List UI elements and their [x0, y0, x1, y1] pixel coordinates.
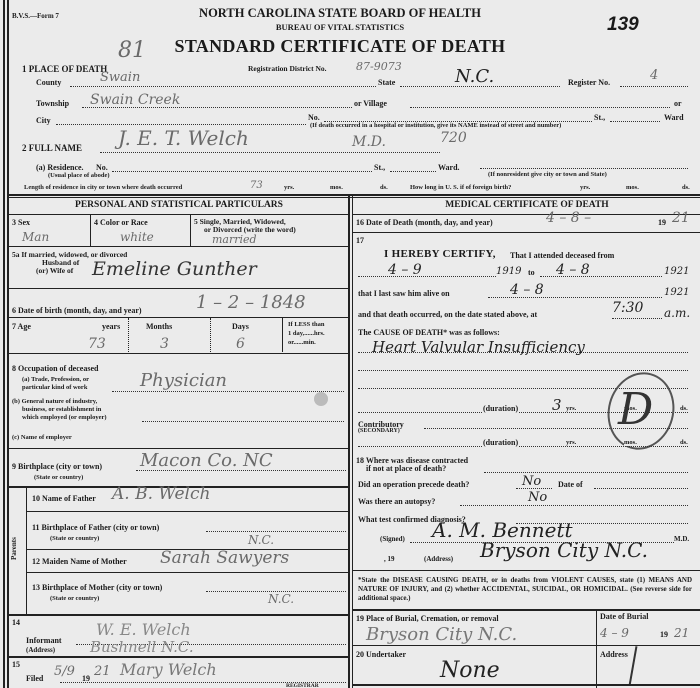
- spouse-label-3: (or) Wife of: [36, 266, 73, 275]
- cause-label: The CAUSE OF DEATH* was as follows:: [358, 328, 500, 337]
- full-name-suffix: M.D.: [352, 134, 386, 150]
- footnote: *State the DISEASE CAUSING DEATH, or in …: [358, 576, 692, 603]
- less-label-1: If LESS than: [288, 321, 325, 328]
- age-months-label: Months: [146, 322, 172, 331]
- death-time-value: 7:30: [612, 300, 643, 316]
- less-label-3: or......min.: [288, 339, 316, 346]
- mother-birthplace-value: N.C.: [268, 592, 294, 606]
- mother-birthplace-state-label: (State or country): [50, 595, 99, 602]
- duration-years: 3: [552, 396, 562, 414]
- autopsy-value: No: [528, 490, 547, 505]
- foreign-birth-label: How long in U. S. if of foreign birth?: [410, 184, 511, 191]
- residence-ward-label: Ward.: [438, 163, 460, 172]
- birthplace-value: Macon Co. NC: [140, 450, 273, 471]
- attended-to: 4 – 8: [556, 262, 590, 278]
- city-ward-label: Ward: [664, 113, 684, 122]
- register-no-value: 4: [650, 68, 658, 83]
- burial-year-prefix: 19: [660, 630, 668, 639]
- informant-label: Informant: [26, 636, 62, 645]
- registration-district-label: Registration District No.: [248, 64, 327, 73]
- dod-label: 16 Date of Death (month, day, and year): [356, 218, 493, 227]
- item-18-label-2: if not at place of death?: [366, 464, 446, 473]
- occ-a-label-1: (a) Trade, Profession, or: [22, 376, 89, 383]
- certify-heading: I HEREBY CERTIFY,: [384, 248, 496, 260]
- death-certificate: B.V.S.—Form 7 NORTH CAROLINA STATE BOARD…: [0, 0, 700, 688]
- hospital-note: (If death occurred in a hospital or inst…: [310, 122, 561, 129]
- address-value: Bryson City N.C.: [480, 538, 648, 562]
- informant-number: 14: [12, 618, 20, 627]
- death-time-label: and that death occurred, on the date sta…: [358, 310, 537, 319]
- margin-note: 81: [118, 38, 146, 63]
- informant-value: W. E. Welch: [96, 620, 191, 639]
- color-value: white: [120, 230, 154, 244]
- address-label: (Address): [424, 555, 453, 563]
- divider: [8, 194, 700, 196]
- county-value: Swain: [100, 70, 140, 85]
- residence-no-label: No.: [96, 163, 108, 172]
- occ-c-label: (c) Name of employer: [12, 434, 72, 441]
- father-birthplace-label: 11 Birthplace of Father (city or town): [32, 523, 159, 532]
- sex-value: Man: [22, 230, 49, 244]
- parents-label: Parents: [10, 537, 18, 560]
- operation-label: Did an operation precede death?: [358, 480, 469, 489]
- father-birthplace-state-label: (State or country): [50, 535, 99, 542]
- duration-label: (duration): [482, 404, 519, 413]
- last-saw-label: that I last saw him alive on: [358, 289, 450, 298]
- age-months-value: 3: [160, 336, 169, 352]
- filed-year: 21: [94, 664, 111, 679]
- mother-value: Sarah Sawyers: [160, 548, 289, 568]
- age-label: 7 Age: [12, 322, 31, 331]
- township-label: Township: [36, 99, 69, 108]
- mother-birthplace-label: 13 Birthplace of Mother (city or town): [32, 583, 162, 592]
- autopsy-label: Was there an autopsy?: [358, 497, 435, 506]
- age-years-label: years: [102, 322, 120, 331]
- certify-text: That I attended deceased from: [510, 251, 614, 260]
- form-id: B.V.S.—Form 7: [12, 12, 59, 20]
- date-of-label: Date of: [558, 480, 583, 489]
- father-birthplace-value: N.C.: [248, 533, 274, 547]
- filed-date: 5/9: [54, 664, 75, 679]
- informant-address-label: (Address): [26, 646, 55, 654]
- cause-value: Heart Valvular Insufficiency: [372, 338, 585, 356]
- dob-label: 6 Date of birth (month, day, and year): [12, 306, 142, 315]
- residence-label: (a) Residence.: [36, 163, 84, 172]
- residence-yrs: yrs.: [284, 184, 294, 191]
- foreign-ds: ds.: [682, 184, 690, 191]
- residence-ds: ds.: [380, 184, 388, 191]
- abode-note: (Usual place of abode): [48, 172, 110, 179]
- city-no-label: No.: [308, 113, 320, 122]
- nonresident-note: (If nonresident give city or town and St…: [488, 171, 607, 178]
- foreign-mos: mos.: [626, 184, 639, 191]
- attended-from-year: 1919: [496, 266, 521, 277]
- signed-label: (Signed): [380, 535, 405, 543]
- length-of-residence-label: Length of residence in city or town wher…: [24, 184, 182, 191]
- length-of-residence-years: 73: [250, 180, 263, 191]
- residence-mos: mos.: [330, 184, 343, 191]
- left-border: [3, 0, 9, 688]
- md-label: M.D.: [674, 535, 689, 543]
- occ-b-label-2: business, or establishment in: [22, 406, 101, 413]
- undertaker-label: 20 Undertaker: [356, 650, 406, 659]
- occ-b-label-3: which employed (or employer): [22, 414, 107, 421]
- dob-value: 1 – 2 – 1848: [196, 292, 306, 313]
- registrar-label: REGISTRAR: [286, 683, 319, 688]
- undertaker-address-label: Address: [600, 650, 628, 659]
- last-saw-year: 1921: [664, 287, 689, 298]
- filed-number: 15: [12, 660, 20, 669]
- attended-from: 4 – 9: [388, 262, 422, 278]
- secondary-label: (SECONDARY): [358, 428, 400, 434]
- dod-value: 4 – 8 –: [546, 210, 591, 226]
- full-name-extra: 720: [440, 130, 467, 146]
- last-saw-value: 4 – 8: [510, 282, 544, 298]
- attended-to-year: 1921: [664, 266, 689, 277]
- father-value: A. B. Welch: [112, 484, 210, 504]
- registrar-value: Mary Welch: [120, 660, 217, 679]
- personal-section-title: PERSONAL AND STATISTICAL PARTICULARS: [10, 200, 348, 210]
- burial-date-label: Date of Burial: [600, 612, 648, 621]
- register-no-label: Register No.: [568, 78, 610, 87]
- city-st-label: St.,: [594, 113, 605, 122]
- contributory-duration-label: (duration): [482, 438, 519, 447]
- place-of-death-label: 1 PLACE OF DEATH: [22, 64, 107, 74]
- age-years-value: 73: [88, 336, 106, 352]
- to-label: to: [528, 268, 535, 277]
- duration-ds: ds.: [680, 405, 688, 412]
- age-days-label: Days: [232, 322, 249, 331]
- filed-label: Filed: [26, 674, 43, 683]
- township-value: Swain Creek: [90, 92, 180, 108]
- less-label-2: 1 day,......hrs.: [288, 330, 325, 337]
- spouse-value: Emeline Gunther: [92, 258, 257, 280]
- board-name: NORTH CAROLINA STATE BOARD OF HEALTH: [170, 6, 510, 21]
- burial-place-label: 19 Place of Burial, Cremation, or remova…: [356, 614, 499, 623]
- duration-yrs: yrs.: [566, 405, 576, 412]
- county-label: County: [36, 78, 61, 87]
- father-label: 10 Name of Father: [32, 494, 96, 503]
- contributory-mos: mos.: [624, 439, 637, 446]
- burial-place-value: Bryson City N.C.: [366, 624, 517, 645]
- marital-value: married: [212, 233, 257, 246]
- state-value: N.C.: [455, 66, 494, 87]
- medical-section-title: MEDICAL CERTIFICATE OF DEATH: [354, 200, 700, 210]
- occ-a-label-2: particular kind of work: [22, 384, 87, 391]
- page-title: STANDARD CERTIFICATE OF DEATH: [160, 36, 520, 57]
- informant-address-value: Bushnell N.C.: [90, 638, 194, 656]
- registration-district-value: 87-9073: [356, 60, 402, 73]
- contributory-ds: ds.: [680, 439, 688, 446]
- sex-label: 3 Sex: [12, 218, 30, 227]
- item-17-number: 17: [356, 236, 364, 245]
- occupation-label: 8 Occupation of deceased: [12, 364, 98, 373]
- age-days-value: 6: [236, 336, 245, 352]
- occ-b-label-1: (b) General nature of industry,: [12, 398, 97, 405]
- birthplace-state-label: (State or country): [34, 474, 83, 481]
- bureau-name: BUREAU OF VITAL STATISTICS: [170, 22, 510, 32]
- village-suffix: or: [674, 99, 682, 108]
- burial-year-value: 21: [674, 626, 689, 640]
- mother-label: 12 Maiden Name of Mother: [32, 557, 127, 566]
- burial-date-value: 4 – 9: [600, 626, 629, 640]
- column-divider: [348, 196, 350, 688]
- death-time-suffix: a.m.: [664, 306, 690, 320]
- checkmark-icon: [629, 646, 638, 686]
- state-label: State: [378, 78, 395, 87]
- full-name-value: J. E. T. Welch: [118, 126, 249, 150]
- birthplace-label: 9 Birthplace (city or town): [12, 462, 102, 471]
- certificate-number: 139: [607, 14, 639, 36]
- village-label: or Village: [354, 99, 387, 108]
- city-label: City: [36, 116, 51, 125]
- undertaker-value: None: [440, 658, 500, 683]
- stamp-mark-icon: [314, 392, 328, 406]
- foreign-yrs: yrs.: [580, 184, 590, 191]
- full-name-label: 2 FULL NAME: [22, 143, 82, 153]
- color-label: 4 Color or Race: [94, 218, 148, 227]
- residence-st-label: St.,: [374, 163, 385, 172]
- dod-year-prefix: 19: [658, 218, 666, 227]
- occupation-value: Physician: [140, 370, 227, 391]
- dod-year: 21: [672, 210, 690, 226]
- year-label: , 19: [384, 555, 395, 563]
- operation-value: No: [522, 474, 541, 489]
- contributory-yrs: yrs.: [566, 439, 576, 446]
